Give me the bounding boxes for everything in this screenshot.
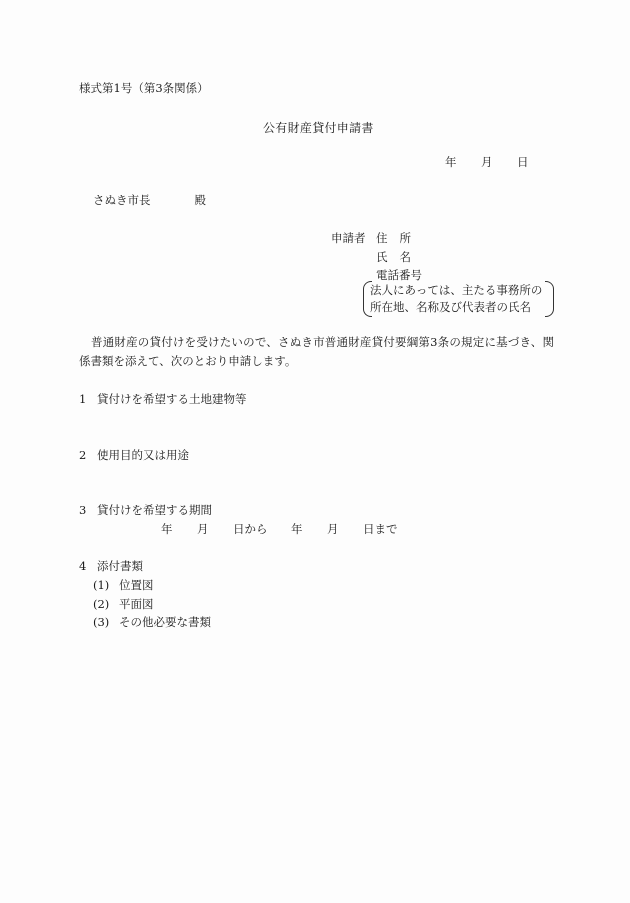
period-from-year: 年 <box>161 522 197 536</box>
attachment-2-label: 平面図 <box>119 597 154 611</box>
section-2: 2使用目的又は用途 <box>79 448 189 462</box>
date-year-label: 年 <box>445 155 481 169</box>
right-bracket <box>545 281 554 317</box>
addressee: さぬき市長殿 <box>93 193 206 207</box>
attachment-1-label: 位置図 <box>119 578 154 592</box>
date-day-label: 日 <box>517 155 529 169</box>
form-number: 様式第1号（第3条関係） <box>79 81 209 95</box>
name-label-part2: 名 <box>400 250 412 264</box>
applicant-phone-label: 電話番号 <box>376 268 422 282</box>
section-4: 4添付書類 <box>79 559 143 573</box>
corporate-note: 法人にあっては、主たる事務所の 所在地、名称及び代表者の氏名 <box>363 281 554 317</box>
address-label-part2: 所 <box>400 231 412 245</box>
addressee-name: さぬき市長 <box>93 193 151 207</box>
lease-period: 年月日から年月日まで <box>161 522 398 536</box>
date-line: 年月日 <box>445 155 529 169</box>
body-paragraph: 普通財産の貸付けを受けたいので、さぬき市普通財産貸付要綱第3条の規定に基づき、関… <box>79 333 554 371</box>
address-label-part1: 住 <box>376 231 388 245</box>
section-2-title: 使用目的又は用途 <box>97 448 189 462</box>
applicant-name-label: 氏名 <box>376 250 411 264</box>
attachment-1-number: (1) <box>93 578 119 592</box>
date-month-label: 月 <box>481 155 517 169</box>
applicant-address-label: 住所 <box>376 231 411 245</box>
applicant-label: 申請者 <box>331 231 366 245</box>
attachment-2-number: (2) <box>93 597 119 611</box>
section-4-number: 4 <box>79 559 97 573</box>
section-4-title: 添付書類 <box>97 559 143 573</box>
section-2-number: 2 <box>79 448 97 462</box>
corporate-note-line-1: 法人にあっては、主たる事務所の <box>370 283 542 297</box>
period-to-day: 日まで <box>363 522 398 536</box>
name-label-part1: 氏 <box>376 250 388 264</box>
document-title: 公有財産貸付申請書 <box>263 121 374 135</box>
attachment-item-3: (3)その他必要な書類 <box>93 615 211 629</box>
period-from-day: 日から <box>233 522 291 536</box>
section-1: 1貸付けを希望する土地建物等 <box>79 392 247 406</box>
section-3: 3貸付けを希望する期間 <box>79 503 212 517</box>
period-to-month: 月 <box>327 522 363 536</box>
attachment-3-number: (3) <box>93 615 119 629</box>
section-3-number: 3 <box>79 503 97 517</box>
section-1-title: 貸付けを希望する土地建物等 <box>97 392 247 406</box>
attachment-item-2: (2)平面図 <box>93 597 154 611</box>
corporate-note-line-2: 所在地、名称及び代表者の氏名 <box>370 300 531 314</box>
attachment-3-label: その他必要な書類 <box>119 615 211 629</box>
period-to-year: 年 <box>291 522 327 536</box>
section-3-title: 貸付けを希望する期間 <box>97 503 212 517</box>
section-1-number: 1 <box>79 392 97 406</box>
period-from-month: 月 <box>197 522 233 536</box>
attachment-item-1: (1)位置図 <box>93 578 154 592</box>
addressee-honorific: 殿 <box>195 193 207 207</box>
